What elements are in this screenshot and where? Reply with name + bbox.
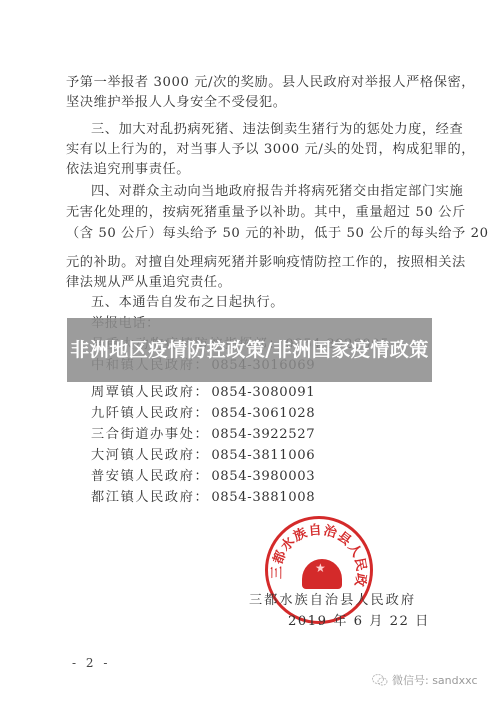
paragraph-line: 坚决维护举报人人身安全不受侵犯。 <box>66 93 287 113</box>
paragraph-line: 依法追究刑事责任。 <box>66 160 190 180</box>
title-banner: 非洲地区疫情防控政策/非洲国家疫情政策 <box>67 318 432 382</box>
phone-number: 0854-3080091 <box>211 383 315 403</box>
paragraph-line: （含 50 公斤）每头给予 50 元的补助，低于 50 公斤的每头给予 20 <box>66 224 489 244</box>
paragraph-line: 元的补助。对擅自处理病死猪并影响疫情防控工作的，按照相关法 <box>66 253 466 273</box>
paragraph-line: 五、本通告自发布之日起执行。 <box>91 293 284 313</box>
phone-row: 九阡镇人民政府：0854-3061028 <box>91 404 315 424</box>
phone-row: 三合街道办事处：0854-3922527 <box>91 425 315 445</box>
paragraph-line: 无害化处理的，按病死猪重量予以补助。其中，重量超过 50 公斤 <box>66 203 466 223</box>
paragraph-line: 律法规从严从重追究责任。 <box>66 273 231 293</box>
phone-org: 都江镇人民政府： <box>91 488 209 508</box>
phone-org: 三合街道办事处： <box>91 425 209 445</box>
issue-date: 2019 年 6 月 22 日 <box>288 610 430 629</box>
phone-number: 0854-3061028 <box>211 404 315 424</box>
phone-row: 都江镇人民政府：0854-3881008 <box>91 488 315 508</box>
wechat-watermark: 微信号: sandxxc <box>372 672 478 688</box>
watermark-text: 微信号: sandxxc <box>392 672 478 688</box>
wechat-icon <box>372 673 388 687</box>
paragraph-line: 三、加大对乱扔病死猪、违法倒卖生猪行为的惩处力度，经查 <box>91 120 463 140</box>
signature: 三都水族自治县人民政府 <box>249 589 416 608</box>
phone-org: 大河镇人民政府： <box>91 446 209 466</box>
phone-row: 周覃镇人民政府：0854-3080091 <box>91 383 315 403</box>
phone-number: 0854-3881008 <box>211 488 315 508</box>
paragraph-line: 实有以上行为的，对当事人予以 3000 元/头的处罚，构成犯罪的， <box>66 140 475 160</box>
phone-org: 周覃镇人民政府： <box>91 383 209 403</box>
banner-title: 非洲地区疫情防控政策/非洲国家疫情政策 <box>70 339 430 361</box>
paragraph-line: 予第一举报者 3000 元/次的奖励。县人民政府对举报人严格保密， <box>66 73 475 93</box>
phone-org: 九阡镇人民政府： <box>91 404 209 424</box>
phone-org: 普安镇人民政府： <box>91 467 209 487</box>
phone-row: 大河镇人民政府：0854-3811006 <box>91 446 315 466</box>
phone-number: 0854-3811006 <box>211 446 315 466</box>
page-number: - 2 - <box>72 656 110 670</box>
phone-number: 0854-3980003 <box>211 467 315 487</box>
phone-row: 普安镇人民政府：0854-3980003 <box>91 467 315 487</box>
phone-number: 0854-3922527 <box>211 425 315 445</box>
paragraph-line: 四、对群众主动向当地政府报告并将病死猪交由指定部门实施 <box>91 182 463 202</box>
